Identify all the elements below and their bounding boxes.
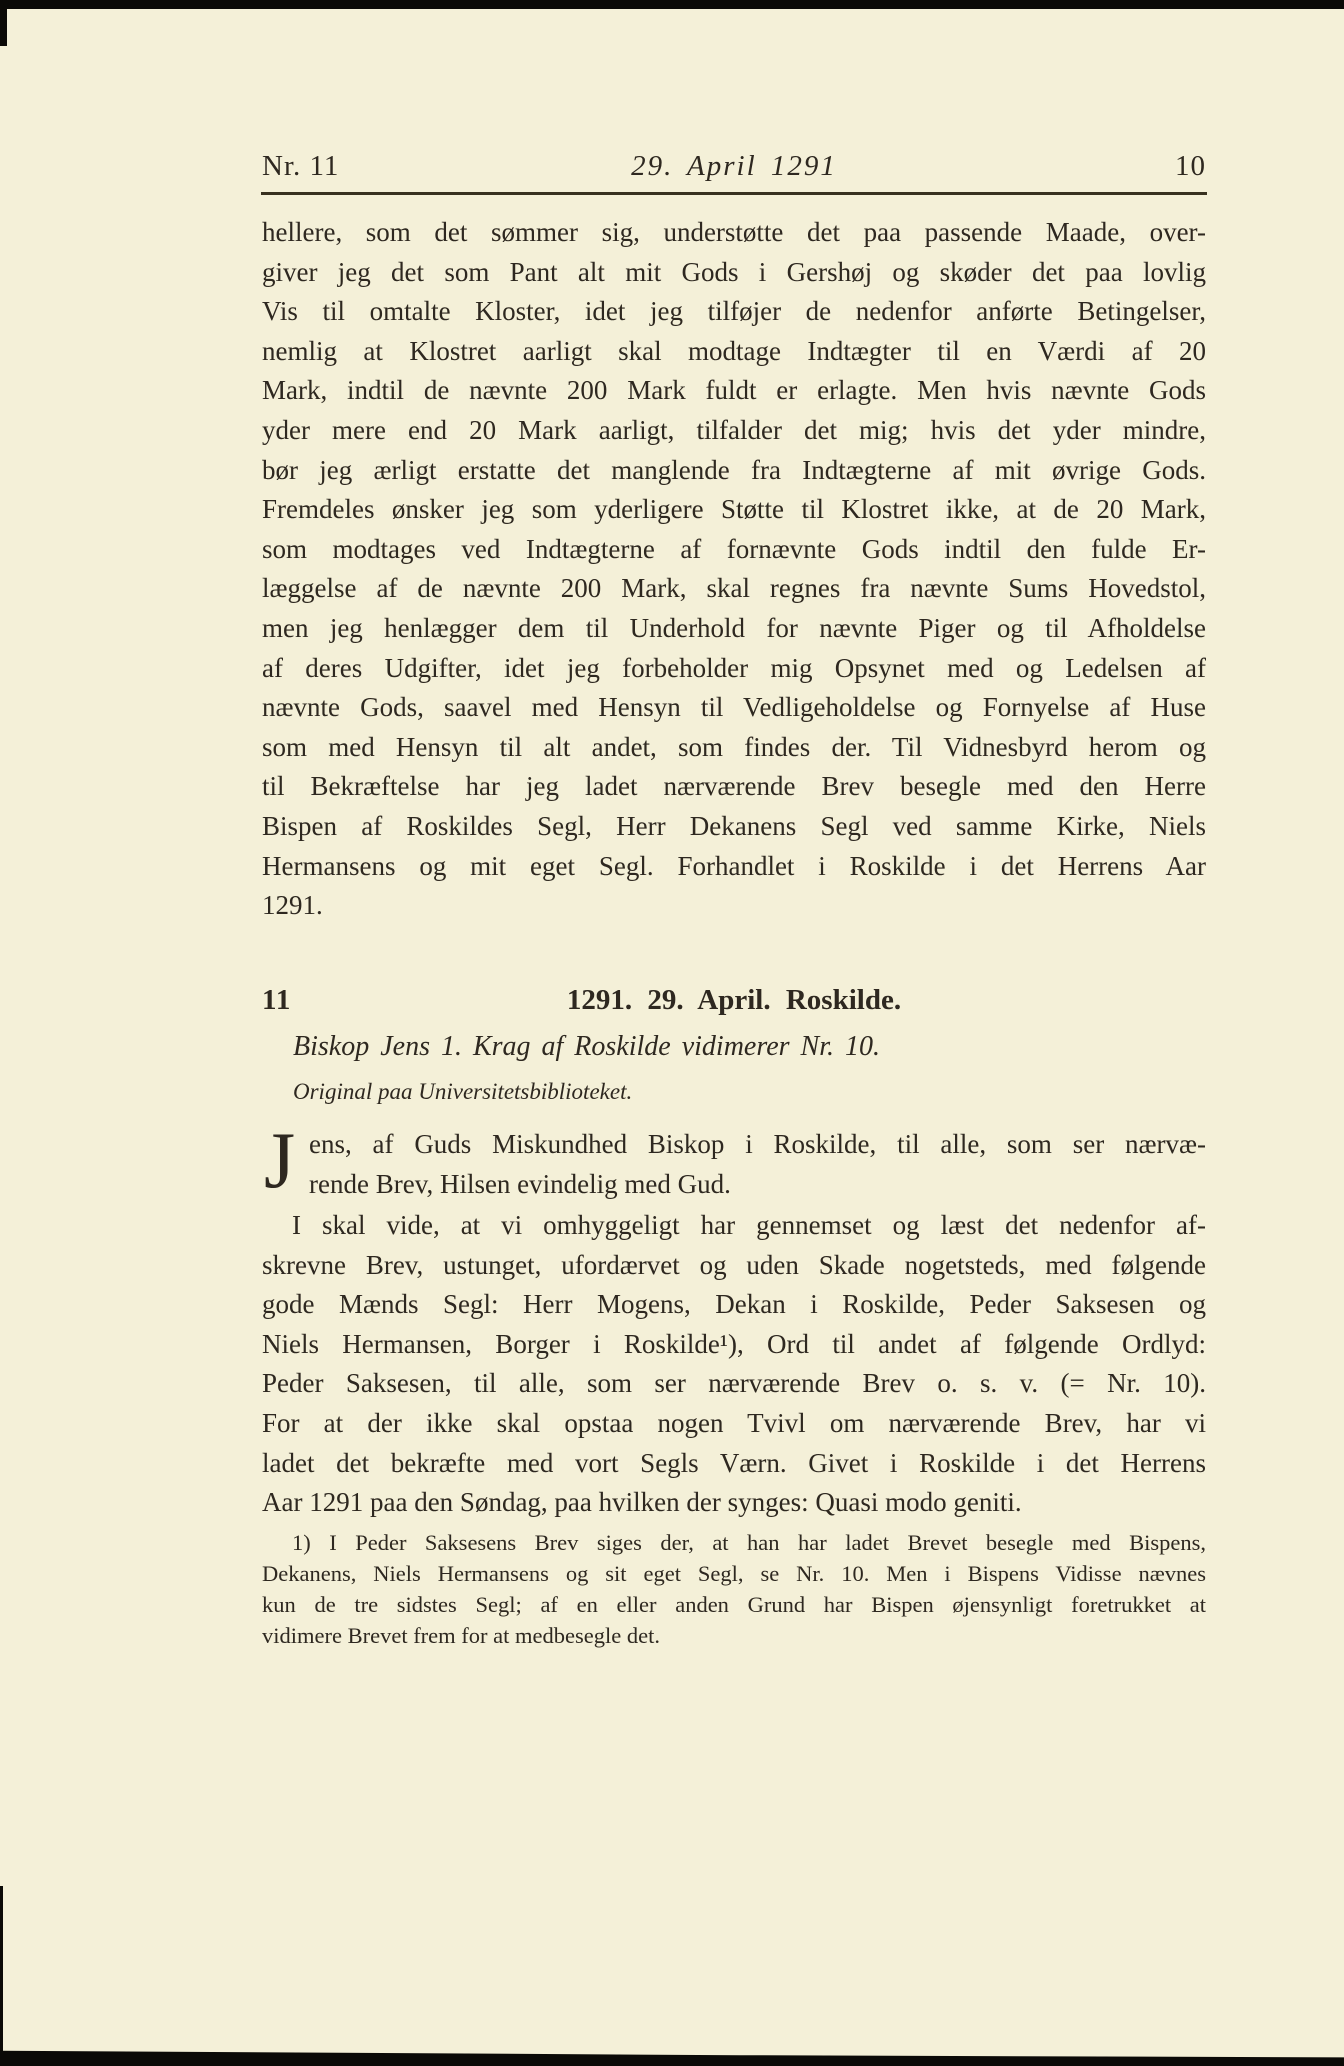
text-line: læggelse af de nævnte 200 Mark, skal reg… bbox=[262, 569, 1206, 609]
scan-edge-top bbox=[0, 0, 1344, 9]
text-line: Hermansens og mit eget Segl. Forhandlet … bbox=[262, 847, 1206, 887]
text-line: nævnte Gods, saavel med Hensyn til Vedli… bbox=[262, 688, 1206, 728]
opening-lines: ens, af Guds Miskundhed Biskop i Roskild… bbox=[262, 1125, 1206, 1204]
text-line: ladet det bekræfte med vort Segls Værn. … bbox=[262, 1444, 1206, 1484]
text-line: Dekanens, Niels Hermansens og sit eget S… bbox=[262, 1558, 1206, 1589]
text-line: hellere, som det sømmer sig, understøtte… bbox=[262, 213, 1206, 253]
entry-body-paragraph: I skal vide, at vi omhyggeligt har genne… bbox=[262, 1206, 1206, 1523]
text-line: For at der ikke skal opstaa nogen Tvivl … bbox=[262, 1404, 1206, 1444]
page-number: 10 bbox=[1175, 150, 1206, 183]
text-line: vidimere Brevet frem for at medbesegle d… bbox=[262, 1620, 1206, 1651]
entry-title: 1291. 29. April. Roskilde. bbox=[262, 984, 1206, 1017]
scan-edge-corner bbox=[0, 0, 7, 46]
text-line: I skal vide, at vi omhyggeligt har genne… bbox=[262, 1206, 1206, 1246]
text-line: yder mere end 20 Mark aarligt, tilfalder… bbox=[262, 411, 1206, 451]
text-line: giver jeg det som Pant alt mit Gods i Ge… bbox=[262, 253, 1206, 293]
text-line: Vis til omtalte Kloster, idet jeg tilføj… bbox=[262, 292, 1206, 332]
text-line: men jeg henlægger dem til Underhold for … bbox=[262, 609, 1206, 649]
text-line: Mark, indtil de nævnte 200 Mark fuldt er… bbox=[262, 371, 1206, 411]
footnote: 1) I Peder Saksesens Brev siges der, at … bbox=[262, 1527, 1206, 1651]
scan-edge-left bbox=[0, 1886, 3, 2066]
entry-number: 11 bbox=[262, 984, 291, 1017]
text-line: Peder Saksesen, til alle, som ser nærvær… bbox=[262, 1364, 1206, 1404]
text-line: bør jeg ærligt erstatte det manglende fr… bbox=[262, 451, 1206, 491]
scan-edge-bottom bbox=[0, 2048, 1344, 2066]
dropcap-initial: J bbox=[264, 1121, 295, 1201]
running-title-date: 29. April 1291 bbox=[262, 150, 1206, 183]
text-line: 1) I Peder Saksesens Brev siges der, at … bbox=[262, 1527, 1206, 1558]
text-line: Fremdeles ønsker jeg som yderligere Støt… bbox=[262, 490, 1206, 530]
text-line: rende Brev, Hilsen evindelig med Gud. bbox=[309, 1165, 1206, 1205]
entry-source-note: Original paa Universitetsbiblioteket. bbox=[293, 1079, 1206, 1105]
text-line: 1291. bbox=[262, 886, 1206, 926]
book-page: { "colors": { "paper": "#f4f0d8", "ink":… bbox=[0, 0, 1344, 2066]
text-line: Niels Hermansen, Borger i Roskilde¹), Or… bbox=[262, 1325, 1206, 1365]
text-line: som med Hensyn til alt andet, som findes… bbox=[262, 728, 1206, 768]
header-rule bbox=[261, 192, 1207, 195]
text-line: Aar 1291 paa den Søndag, paa hvilken der… bbox=[262, 1483, 1206, 1523]
text-line: ens, af Guds Miskundhed Biskop i Roskild… bbox=[309, 1125, 1206, 1165]
entry-heading-row: 11 1291. 29. April. Roskilde. bbox=[262, 984, 1206, 1017]
text-line: kun de tre sidstes Segl; af en eller and… bbox=[262, 1589, 1206, 1620]
continuation-paragraph: hellere, som det sømmer sig, understøtte… bbox=[262, 213, 1206, 926]
entry-opening-paragraph: J ens, af Guds Miskundhed Biskop i Roski… bbox=[262, 1125, 1206, 1204]
text-line: gode Mænds Segl: Herr Mogens, Dekan i Ro… bbox=[262, 1285, 1206, 1325]
text-line: nemlig at Klostret aarligt skal modtage … bbox=[262, 332, 1206, 372]
entry-regest: Biskop Jens 1. Krag af Roskilde vidimere… bbox=[293, 1031, 1206, 1063]
text-line: til Bekræftelse har jeg ladet nærværende… bbox=[262, 767, 1206, 807]
running-header: Nr. 11 29. April 1291 10 bbox=[262, 150, 1206, 190]
text-line: skrevne Brev, ustunget, ufordærvet og ud… bbox=[262, 1246, 1206, 1286]
text-line: som modtages ved Indtægterne af fornævnt… bbox=[262, 530, 1206, 570]
text-line: af deres Udgifter, idet jeg forbeholder … bbox=[262, 649, 1206, 689]
text-line: Bispen af Roskildes Segl, Herr Dekanens … bbox=[262, 807, 1206, 847]
